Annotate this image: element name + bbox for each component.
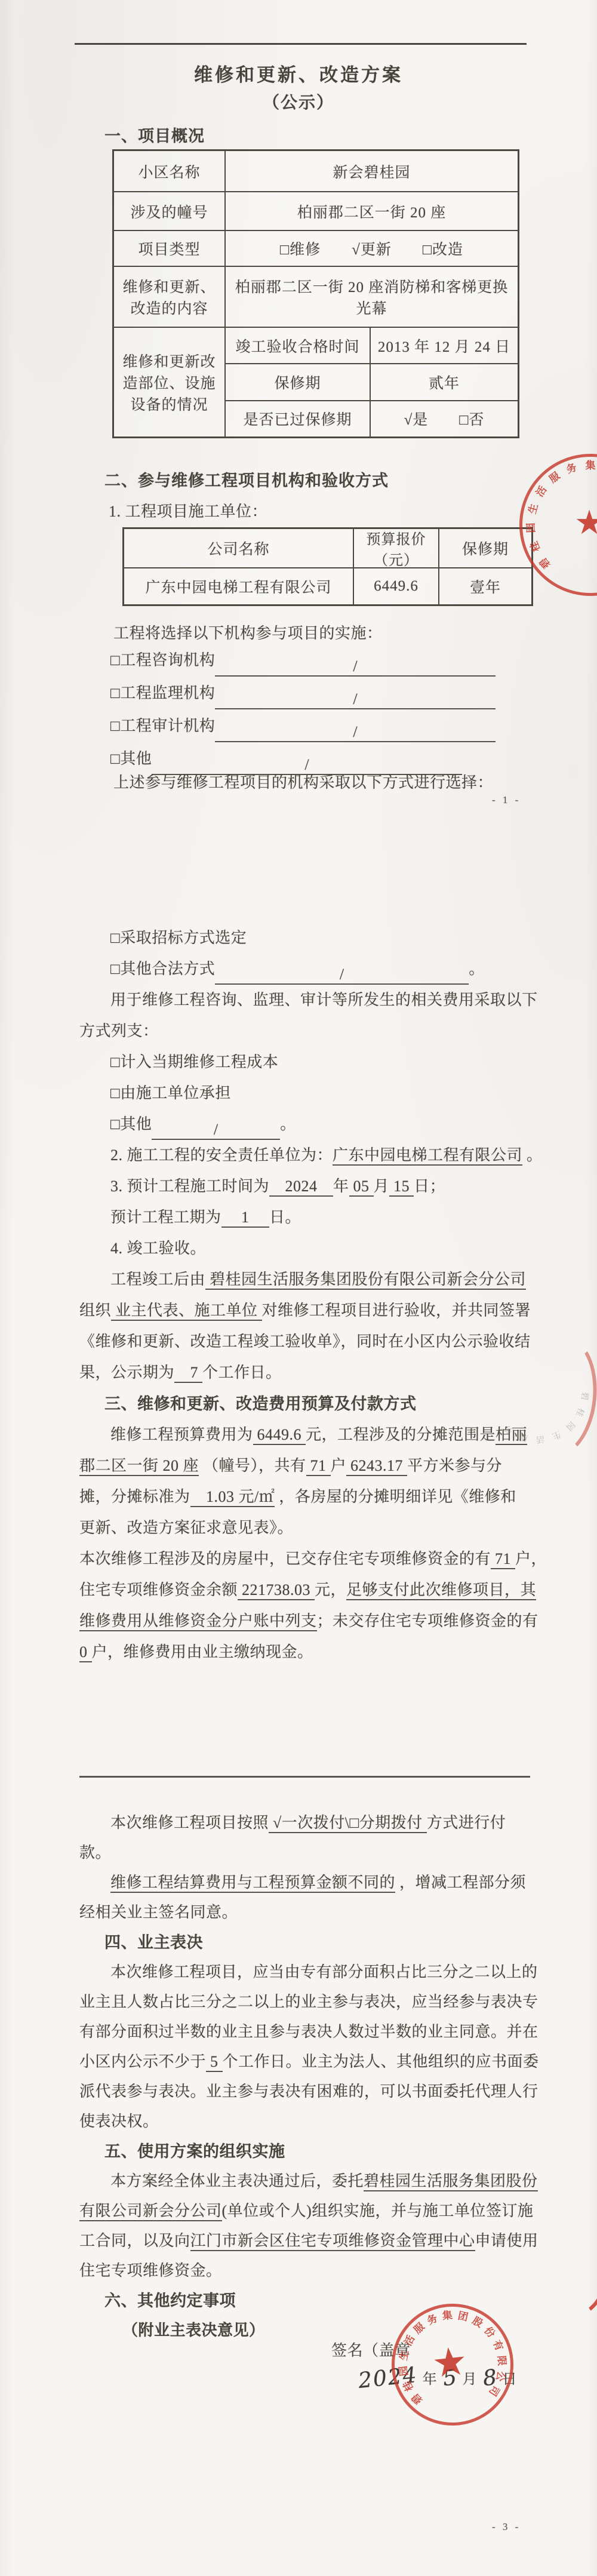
text-line: 摊，分摊标准为 1.03 元/㎡ ，各房屋的分摊明细详见《维修和 xyxy=(79,1481,539,1513)
text-line: □其他合法方式/。 xyxy=(79,954,539,985)
sub-value-checkboxes: √是 □否 xyxy=(371,401,518,436)
text-line: □采取招标方式选定 xyxy=(79,923,539,954)
page-2-text: □采取招标方式选定□其他合法方式/。用于维修工程咨询、监理、审计等所发生的相关费… xyxy=(79,923,539,1668)
page-number-3: - 3 - xyxy=(492,2521,521,2533)
text-line: 住宅专项维修资金。 xyxy=(79,2256,539,2286)
sub-value: 贰年 xyxy=(371,364,518,399)
document-subtitle: （公示） xyxy=(0,90,597,113)
text-line: 住宅专项维修资金余额 221738.03 元，足够支付此次维修项目，其 xyxy=(79,1575,539,1606)
page-3-top-rule xyxy=(79,1776,530,1778)
text-line: 本次维修工程项目，应当由专有部分面积占比三分之二以上的 xyxy=(79,1957,539,1987)
seal-arc-mark xyxy=(534,2231,597,2323)
cell-budget: 6449.6 xyxy=(354,568,439,604)
row-label: 项目类型 xyxy=(114,231,226,266)
text-line: 五、使用方案的组织实施 xyxy=(79,2137,539,2166)
col-header-warranty: 保修期 xyxy=(439,529,531,567)
text-line: 经相关业主签名同意。 xyxy=(79,1898,539,1928)
text-line: 预计工程工期为 1 日。 xyxy=(79,1202,539,1233)
row-label: 小区名称 xyxy=(114,151,226,191)
text-line: 小区内公示不少于 5 个工作日。业主为法人、其他组织的应书面委 xyxy=(79,2047,539,2077)
table-contractor: 公司名称 预算报价（元） 保修期 广东中园电梯工程有限公司 6449.6 壹年 xyxy=(122,527,533,606)
top-rule xyxy=(75,43,527,45)
text-line: 《维修和更新、改造工程竣工验收单》，同时在小区内公示验收结 xyxy=(79,1326,539,1357)
page-3-text: 本次维修工程项目按照 √一次拨付\□分期拨付 方式进行付款。维修工程结算费用与工… xyxy=(79,1793,539,2346)
row-label: 涉及的幢号 xyxy=(114,192,226,230)
sub-row: 是否已过保修期 √是 □否 xyxy=(226,400,518,436)
cell-company: 广东中园电梯工程有限公司 xyxy=(124,568,354,604)
sub-table: 竣工验收合格时间 2013 年 12 月 24 日 保修期 贰年 是否已过保修期… xyxy=(226,328,518,436)
table-project-overview: 小区名称 新会碧桂园 涉及的幢号 柏丽郡二区一街 20 座 项目类型 □维修 √… xyxy=(112,149,519,438)
org-checkbox-list: □工程咨询机构/□工程监理机构/□工程审计机构/□其他/ xyxy=(110,644,570,775)
text-line: 使表决权。 xyxy=(79,2107,539,2137)
text-line: 款。 xyxy=(79,1838,539,1868)
red-seal-signature: 碧桂园生活服务集团股份有限公司 ★ xyxy=(386,2298,519,2431)
table-row: 小区名称 新会碧桂园 xyxy=(114,151,518,191)
text-line: 本方案经全体业主表决通过后，委托碧桂园生活服务集团股份 xyxy=(79,2166,539,2196)
text-line: 组织 业主代表、施工单位 对维修工程项目进行验收，并共同签署 xyxy=(79,1295,539,1326)
table-header-row: 公司名称 预算报价（元） 保修期 xyxy=(124,529,531,567)
seal-star-icon: ★ xyxy=(430,2342,469,2385)
text-line: 业主且人数占比三分之二以上的业主参与表决，应当经参与表决专 xyxy=(79,1987,539,2017)
text-line: □由施工单位承担 xyxy=(79,1078,539,1109)
text-line: 4. 竣工验收。 xyxy=(79,1233,539,1264)
text-line: 派代表参与表决。业主参与表决有困难的，可以书面委托代理人行 xyxy=(79,2077,539,2107)
text-line: 果，公示期为 7 个工作日。 xyxy=(79,1357,539,1388)
document-title: 维修和更新、改造方案 xyxy=(0,60,597,87)
col-header-company: 公司名称 xyxy=(124,529,354,567)
text-line: 工合同，以及向江门市新会区住宅专项维修资金管理中心申请使用 xyxy=(79,2226,539,2256)
text-line: 更新、改造方案征求意见表》。 xyxy=(79,1513,539,1544)
cell-warranty: 壹年 xyxy=(439,568,531,604)
page-number-1: - 1 - xyxy=(492,794,521,806)
text-line: 有限公司新会分公司(单位或个人)组织实施，并与施工单位签订施 xyxy=(79,2196,539,2226)
text-line: 有部分面积过半数的业主且参与表决人数过半数的业主同意。并在 xyxy=(79,2017,539,2047)
table-data-row: 广东中园电梯工程有限公司 6449.6 壹年 xyxy=(124,567,531,604)
section-2-heading: 二、参与维修工程项目机构和验收方式 xyxy=(104,468,389,491)
row-value: 柏丽郡二区一街 20 座 xyxy=(226,192,518,230)
text-line: 维修费用从维修资金分户账中列支；未交存住宅专项维修资金的有 xyxy=(79,1606,539,1637)
row-value: 柏丽郡二区一街 20 座消防梯和客梯更换光幕 xyxy=(226,267,518,327)
section-1-heading: 一、项目概况 xyxy=(104,123,205,146)
org-outro: 上述参与维修工程项目的机构采取以下方式进行选择： xyxy=(113,770,493,792)
sub-key: 是否已过保修期 xyxy=(226,401,371,436)
text-line: 用于维修工程咨询、监理、审计等所发生的相关费用采取以下 xyxy=(79,985,539,1016)
sub-key: 保修期 xyxy=(226,364,371,399)
text-line: □计入当期维修工程成本 xyxy=(79,1047,539,1078)
text-line: □工程审计机构/ xyxy=(110,709,570,742)
table-row: 项目类型 □维修 √更新 □改造 xyxy=(114,230,518,266)
sub-row: 竣工验收合格时间 2013 年 12 月 24 日 xyxy=(226,328,518,363)
sub-key: 竣工验收合格时间 xyxy=(226,328,371,363)
sub-value: 2013 年 12 月 24 日 xyxy=(371,328,518,363)
table-row: 涉及的幢号 柏丽郡二区一街 20 座 xyxy=(114,191,518,230)
text-line: 2. 施工工程的安全责任单位为：广东中园电梯工程有限公司 。 xyxy=(79,1140,539,1171)
text-line: 0 户，维修费用由业主缴纳现金。 xyxy=(79,1637,539,1668)
text-line: 方式列支： xyxy=(79,1016,539,1047)
table-row: 维修和更新、改造的内容 柏丽郡二区一街 20 座消防梯和客梯更换光幕 xyxy=(114,266,518,327)
table-row-merged: 维修和更新改造部位、设施设备的情况 竣工验收合格时间 2013 年 12 月 2… xyxy=(114,327,518,436)
text-line: 本次维修工程涉及的房屋中，已交存住宅专项维修资金的有 71 户， xyxy=(79,1544,539,1575)
text-line: 本次维修工程项目按照 √一次拨付\□分期拨付 方式进行付 xyxy=(79,1808,539,1838)
row-value-checkboxes: □维修 √更新 □改造 xyxy=(226,231,518,266)
scanned-document: { "colors": { "ink": "#45423b", "seal_re… xyxy=(0,0,597,2576)
row-value: 新会碧桂园 xyxy=(226,151,518,191)
text-line: □工程监理机构/ xyxy=(110,677,570,709)
text-line: 工程竣工后由 碧桂园生活服务集团股份有限公司新会分公司 xyxy=(79,1264,539,1295)
seal-star-icon: ★ xyxy=(574,506,597,540)
text-line: 四、业主表决 xyxy=(79,1928,539,1957)
col-header-budget: 预算报价（元） xyxy=(354,529,439,567)
row-label: 维修和更新、改造的内容 xyxy=(114,267,226,327)
text-line: 三、维修和更新、改造费用预算及付款方式 xyxy=(79,1388,539,1419)
text-line: □其他/。 xyxy=(79,1109,539,1140)
red-seal-page1: 碧桂园生活服务集团股份有限公司 ★ xyxy=(518,451,597,601)
text-line: □工程咨询机构/ xyxy=(110,644,570,677)
text-line: 维修工程预算费用为 6449.6 元，工程涉及的分摊范围是柏丽 xyxy=(79,1419,539,1450)
org-intro: 工程将选择以下机构参与项目的实施： xyxy=(113,621,383,643)
sub-row: 保修期 贰年 xyxy=(226,363,518,399)
text-line: 维修工程结算费用与工程预算金额不同的 ，增减工程部分须 xyxy=(79,1868,539,1898)
text-line: 3. 预计工程施工时间为 2024 年 05 月 15 日； xyxy=(79,1171,539,1202)
text-line: 郡二区一街 20 座 （幢号），共有 71 户 6243.17 平方米参与分 xyxy=(79,1450,539,1481)
row-label: 维修和更新改造部位、设施设备的情况 xyxy=(114,328,226,436)
section-2-sub1: 1. 工程项目施工单位： xyxy=(109,499,267,521)
